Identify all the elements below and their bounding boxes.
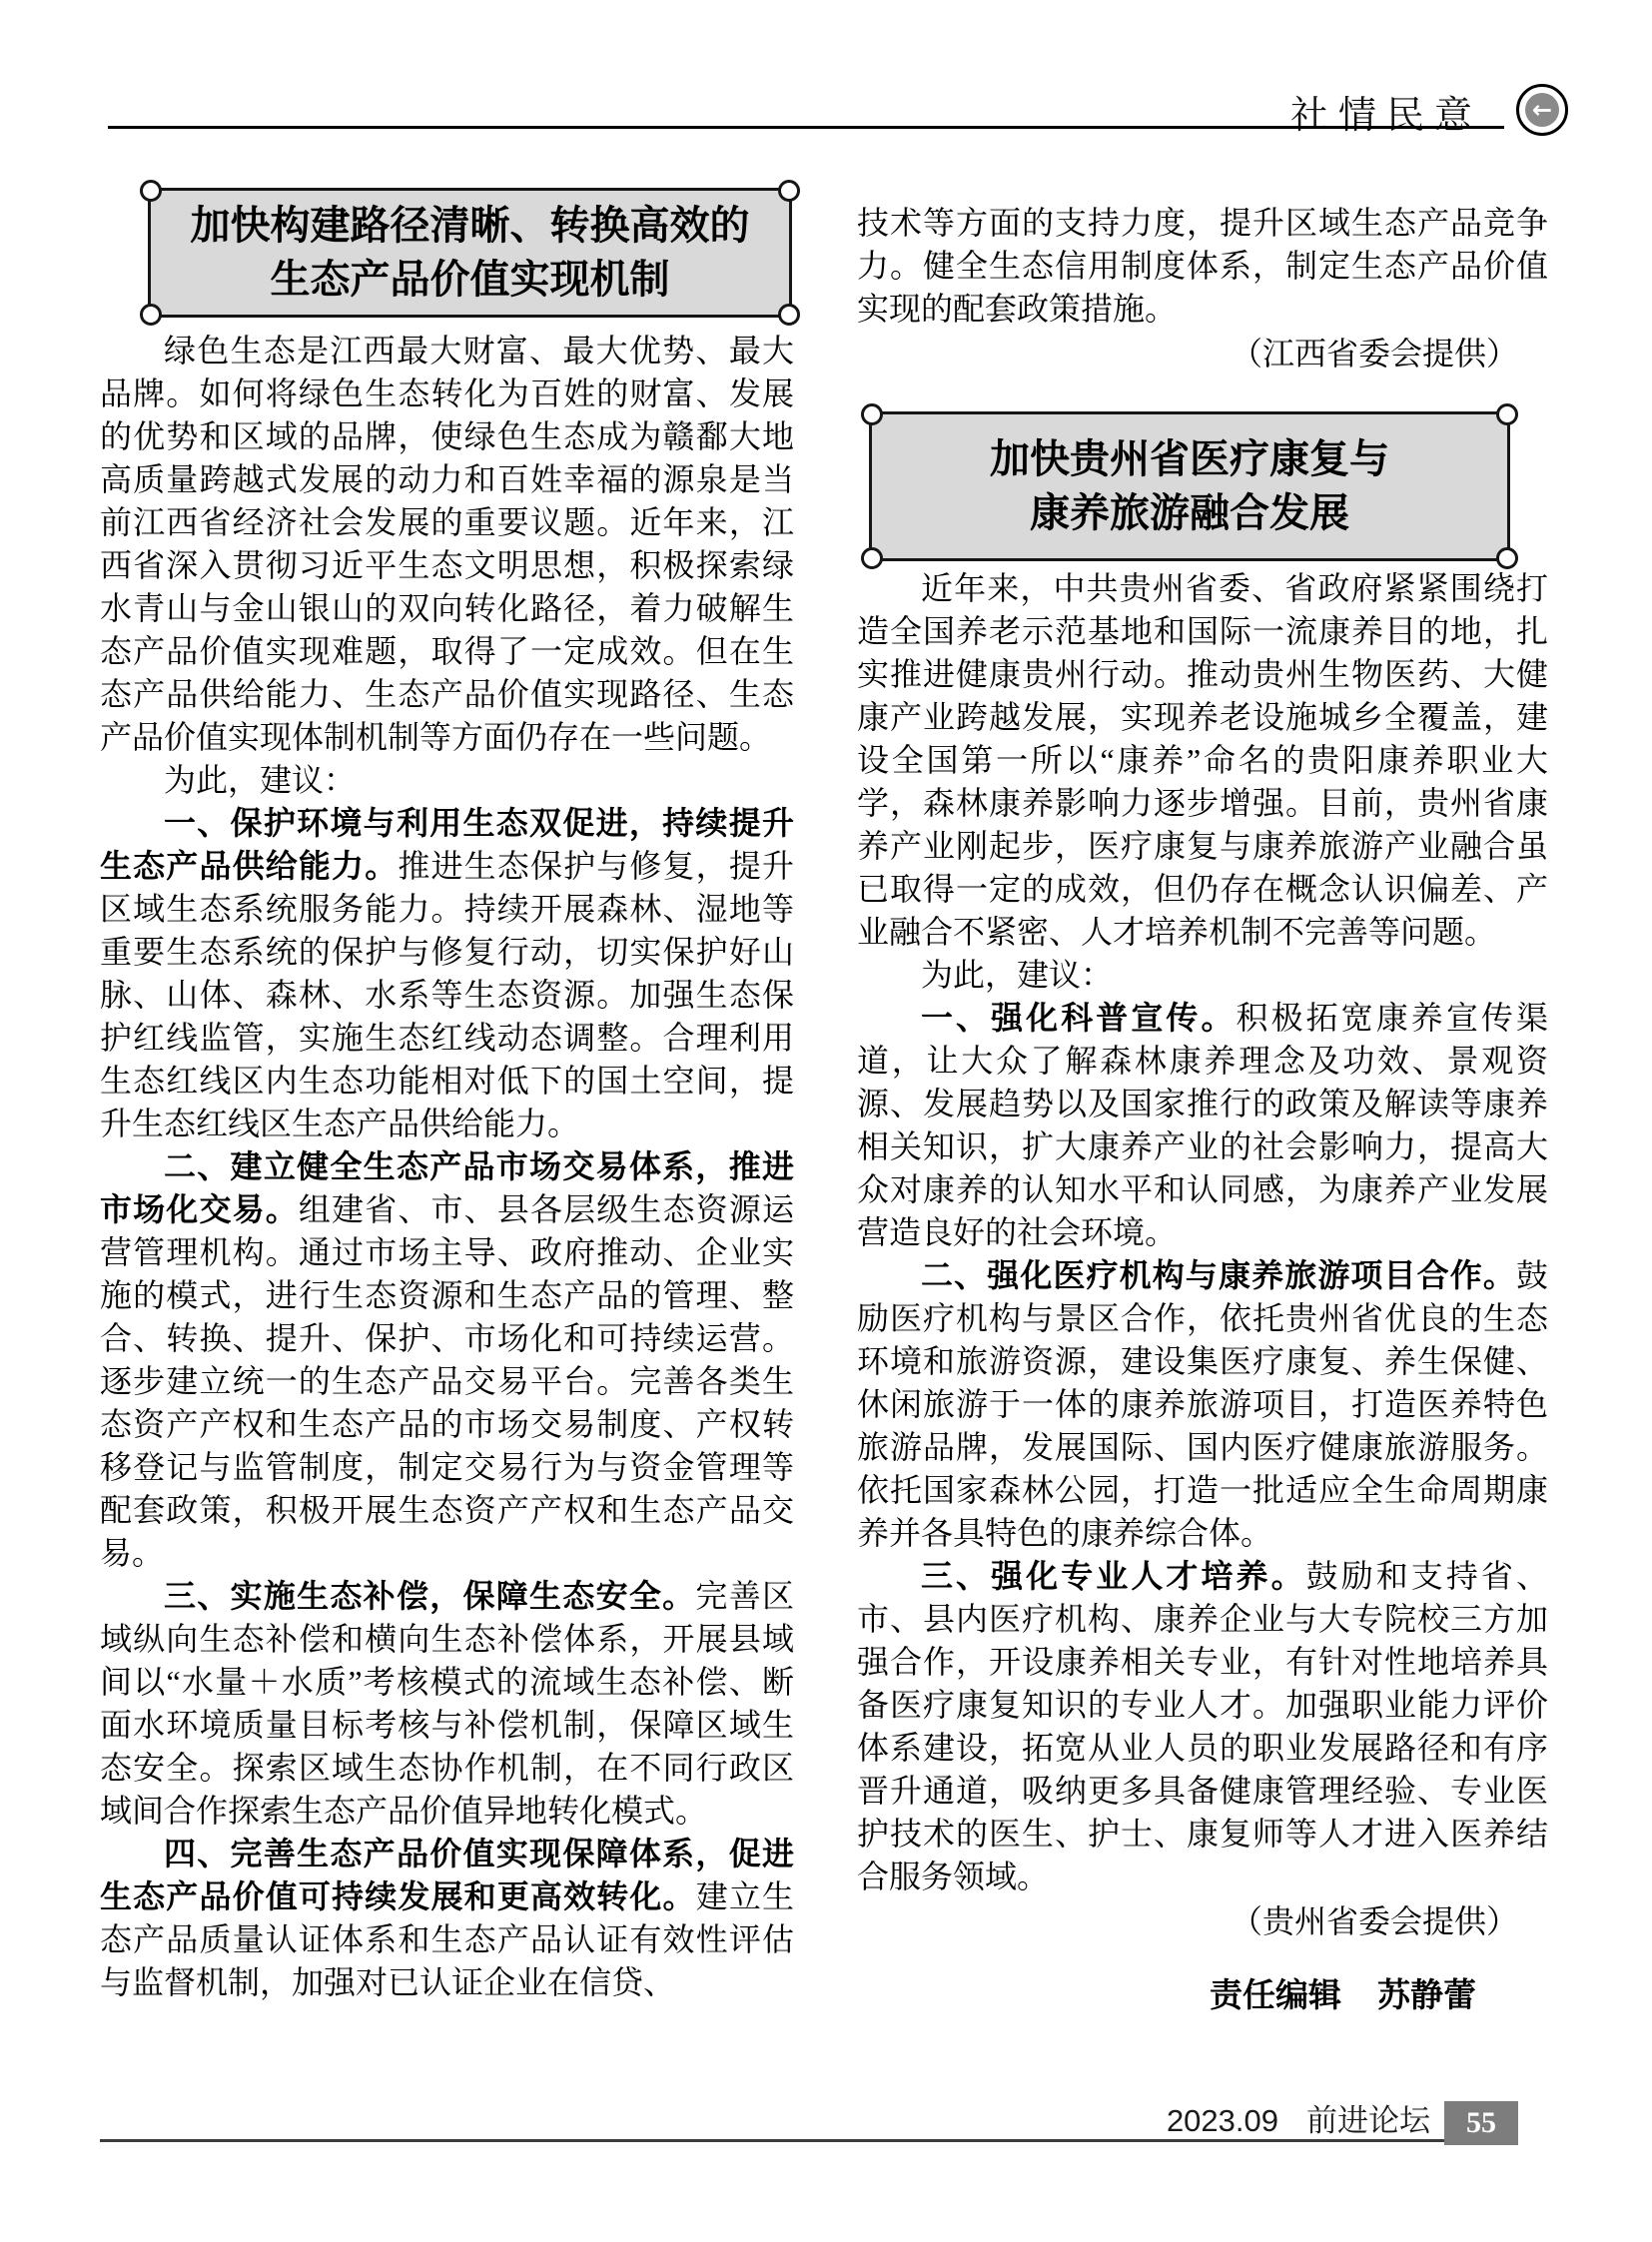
article2-paragraph: 三、强化专业人才培养。鼓励和支持省、市、县内医疗机构、康养企业与大专院校三方加强… <box>857 1555 1548 1898</box>
footer-journal-line: 2023.09前进论坛 <box>0 2103 1430 2139</box>
paragraph-text: 为此，建议： <box>921 957 1113 993</box>
corner-notch <box>778 304 800 326</box>
editor-label: 责任编辑 <box>1210 1978 1341 2014</box>
article2-title-line1: 加快贵州省医疗康复与 <box>872 432 1507 486</box>
article1-title-line1: 加快构建路径清晰、转换高效的 <box>151 199 789 253</box>
paragraph-text: 近年来，中共贵州省委、省政府紧紧围绕打造全国养老示范基地和国际一流康养目的地，扎… <box>857 570 1548 950</box>
article1-paragraph: 四、完善生态产品价值实现保障体系，促进生态产品价值可持续发展和更高效转化。建立生… <box>100 1833 794 2004</box>
article2-attribution: （贵州省委会提供） <box>857 1900 1548 1943</box>
left-column: 加快构建路径清晰、转换高效的 生态产品价值实现机制 绿色生态是江西最大财富、最大… <box>100 188 794 2004</box>
header-rule <box>108 126 1504 129</box>
corner-notch <box>140 304 162 326</box>
paragraph-text: 推进生态保护与修复，提升区域生态系统服务能力。持续开展森林、湿地等重要生态系统的… <box>100 848 794 1141</box>
footer-issue: 2023.09 <box>1167 2103 1278 2138</box>
paragraph-text: 为此，建议： <box>164 762 356 798</box>
page-number-badge: 55 <box>1444 2101 1518 2145</box>
article2-title-plaque: 加快贵州省医疗康复与 康养旅游融合发展 <box>869 411 1510 561</box>
corner-notch <box>861 403 883 425</box>
article1-paragraph: 三、实施生态补偿，保障生态安全。完善区域纵向生态补偿和横向生态补偿体系，开展县域… <box>100 1575 794 1833</box>
corner-notch <box>861 547 883 569</box>
footer-journal-name: 前进论坛 <box>1306 2103 1430 2138</box>
corner-notch <box>140 180 162 202</box>
editor-credit: 责任编辑苏静蕾 <box>857 1975 1548 2018</box>
corner-notch <box>778 180 800 202</box>
paragraph-text: 鼓励医疗机构与景区合作，依托贵州省优良的生态环境和旅游资源，建设集医疗康复、养生… <box>857 1257 1548 1551</box>
article1-paragraph: 绿色生态是江西最大财富、最大优势、最大品牌。如何将绿色生态转化为百姓的财富、发展… <box>100 330 794 759</box>
paragraph-text: 组建省、市、县各层级生态资源运营管理机构。通过市场主导、政府推动、企业实施的模式… <box>100 1191 794 1571</box>
paragraph-lead: 四、完善生态产品价值实现保障体系，促进生态产品价值可持续发展和更高效转化。 <box>100 1836 794 1914</box>
paragraph-text: 鼓励和支持省、市、县内医疗机构、康养企业与大专院校三方加强合作，开设康养相关专业… <box>857 1558 1548 1894</box>
paragraph-text: 技术等方面的支持力度，提升区域生态产品竞争力。健全生态信用制度体系，制定生态产品… <box>857 205 1548 327</box>
article1-title-plaque: 加快构建路径清晰、转换高效的 生态产品价值实现机制 <box>148 188 792 318</box>
article2-paragraph: 二、强化医疗机构与康养旅游项目合作。鼓励医疗机构与景区合作，依托贵州省优良的生态… <box>857 1254 1548 1555</box>
article2-paragraph: 一、强化科普宣传。积极拓宽康养宣传渠道，让大众了解森林康养理念及功效、景观资源、… <box>857 997 1548 1254</box>
article2-paragraph: 近年来，中共贵州省委、省政府紧紧围绕打造全国养老示范基地和国际一流康养目的地，扎… <box>857 567 1548 954</box>
editor-name: 苏静蕾 <box>1377 1978 1476 2014</box>
paragraph-lead: 三、实施生态补偿，保障生态安全。 <box>164 1578 695 1614</box>
paragraph-text: 完善区域纵向生态补偿和横向生态补偿体系，开展县域间以“水量＋水质”考核模式的流域… <box>100 1578 794 1829</box>
paragraph-lead: 三、强化专业人才培养。 <box>921 1558 1306 1594</box>
article1-paragraph: 二、建立健全生态产品市场交易体系，推进市场化交易。组建省、市、县各层级生态资源运… <box>100 1145 794 1575</box>
corner-notch <box>1496 547 1518 569</box>
article1-paragraph: 为此，建议： <box>100 759 794 802</box>
paragraph-text: 绿色生态是江西最大财富、最大优势、最大品牌。如何将绿色生态转化为百姓的财富、发展… <box>100 333 794 755</box>
article2-title-line2: 康养旅游融合发展 <box>872 486 1507 540</box>
back-arrow-glyph: ← <box>1525 93 1559 127</box>
corner-notch <box>1496 403 1518 425</box>
paragraph-text: 积极拓宽康养宣传渠道，让大众了解森林康养理念及功效、景观资源、发展趋势以及国家推… <box>857 1000 1548 1250</box>
footer-rule <box>100 2139 1444 2142</box>
article1-paragraph: 一、保护环境与利用生态双促进，持续提升生态产品供给能力。推进生态保护与修复，提升… <box>100 802 794 1145</box>
section-label: 社情民意 <box>1290 84 1482 139</box>
right-column: 技术等方面的支持力度，提升区域生态产品竞争力。健全生态信用制度体系，制定生态产品… <box>857 188 1548 2018</box>
article2-paragraph: 为此，建议： <box>857 954 1548 997</box>
article1-title-line2: 生态产品价值实现机制 <box>151 253 789 307</box>
article1-attribution: （江西省委会提供） <box>857 333 1548 375</box>
article1-paragraph-continuation: 技术等方面的支持力度，提升区域生态产品竞争力。健全生态信用制度体系，制定生态产品… <box>857 202 1548 331</box>
paragraph-lead: 二、强化医疗机构与康养旅游项目合作。 <box>921 1257 1516 1293</box>
paragraph-lead: 一、强化科普宣传。 <box>921 1000 1237 1036</box>
back-arrow-icon: ← <box>1516 84 1568 136</box>
